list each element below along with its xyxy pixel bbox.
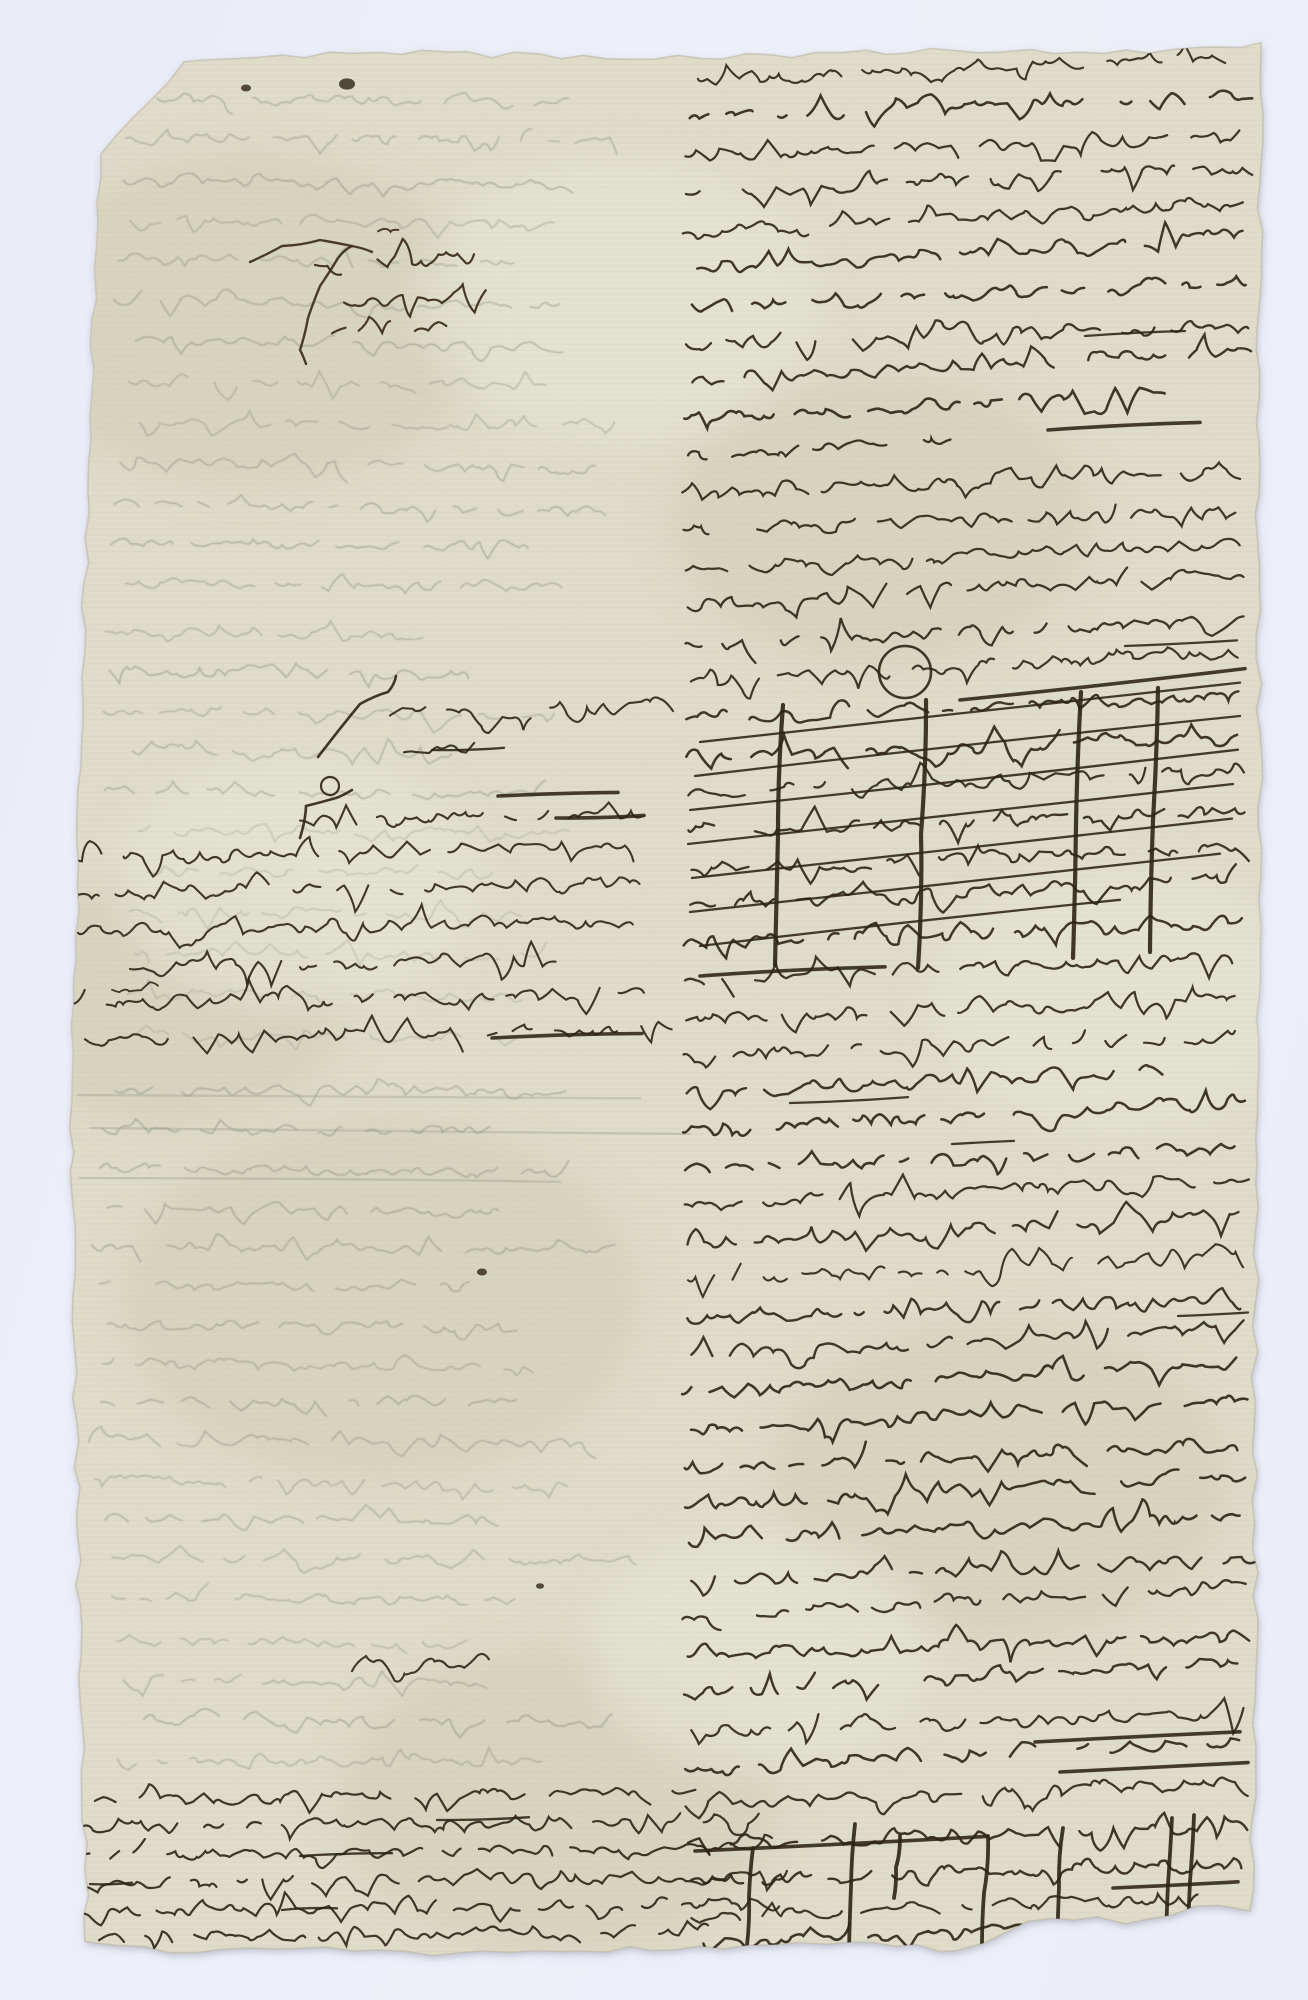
ink-blot	[1187, 1948, 1193, 1952]
ink-blot	[536, 1583, 544, 1589]
ink-blot	[477, 1269, 487, 1276]
scan-background	[0, 0, 1308, 2000]
ink-blot	[339, 78, 355, 89]
ink-blot	[60, 1171, 68, 1177]
manuscript-page	[0, 0, 1308, 2000]
ink-blot	[241, 85, 251, 92]
